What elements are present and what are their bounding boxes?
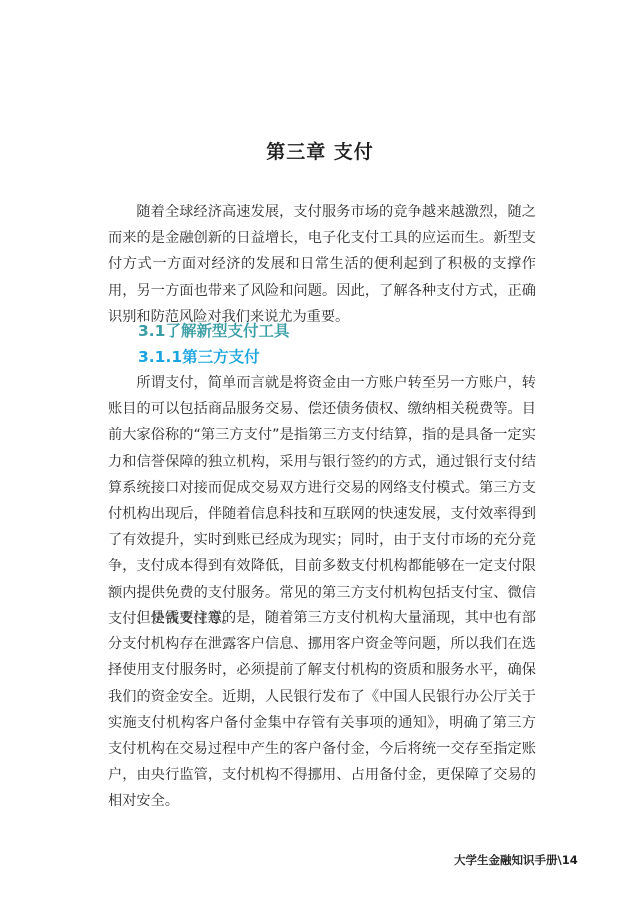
section-heading: 3.1了解新型支付工具	[138, 319, 289, 341]
intro-paragraph: 随着全球经济高速发展，支付服务市场的竞争越来越激烈，随之而来的是金融创新的日益增…	[108, 199, 536, 330]
page-footer: 大学生金融知识手册\14	[454, 852, 578, 868]
subsection-heading: 3.1.1第三方支付	[138, 345, 260, 367]
chapter-title: 第三章 支付	[0, 137, 640, 164]
body-paragraph-2: 但是需要注意的是，随着第三方支付机构大量涌现，其中也有部分支付机构存在泄露客户信…	[108, 605, 536, 815]
body-paragraph-1: 所谓支付，简单而言就是将资金由一方账户转至另一方账户，转账目的可以包括商品服务交…	[108, 370, 536, 632]
